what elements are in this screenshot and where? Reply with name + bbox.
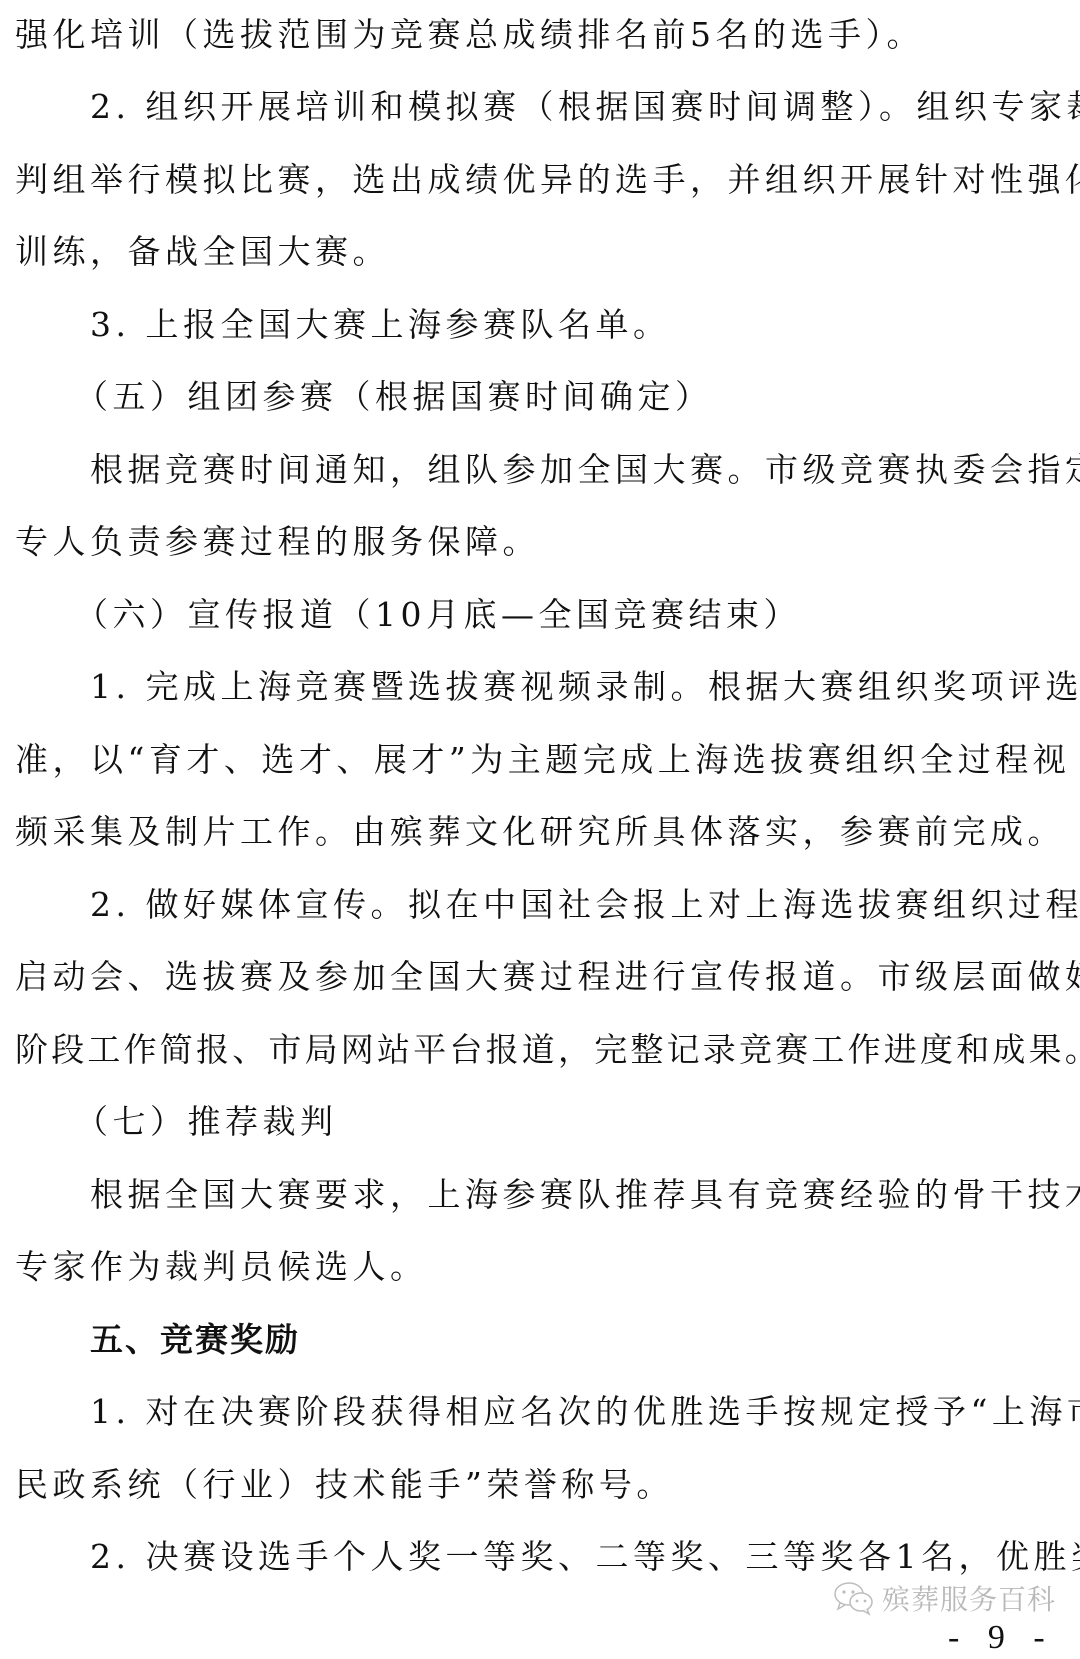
text-line: 1. 对在决赛阶段获得相应名次的优胜选手按规定授予“上海市 [90, 1390, 1080, 1434]
section-heading: 五、竞赛奖励 [90, 1318, 300, 1362]
text-line: 阶段工作简报、市局网站平台报道，完整记录竞赛工作进度和成果。 [15, 1028, 1080, 1072]
text-line: 训练，备战全国大赛。 [15, 230, 390, 274]
text-line: 根据竞赛时间通知，组队参加全国大赛。市级竞赛执委会指定 [90, 448, 1080, 492]
subheading: （五）组团参赛（根据国赛时间确定） [75, 375, 713, 419]
watermark-text: 殡葬服务百科 [882, 1578, 1056, 1618]
text-line: 2. 做好媒体宣传。拟在中国社会报上对上海选拔赛组织过程中 [90, 883, 1080, 927]
text-line: 专家作为裁判员候选人。 [15, 1245, 428, 1289]
text-line: 根据全国大赛要求，上海参赛队推荐具有竞赛经验的骨干技术 [90, 1173, 1080, 1217]
text-line: 强化培训（选拔范围为竞赛总成绩排名前5名的选手）。 [15, 13, 924, 57]
wechat-icon [832, 1580, 876, 1616]
subheading: （六）宣传报道（10月底—全国竞赛结束） [75, 593, 801, 637]
text-line: 民政系统（行业）技术能手”荣誉称号。 [15, 1463, 674, 1507]
text-line: 专人负责参赛过程的服务保障。 [15, 520, 540, 564]
watermark: 殡葬服务百科 [832, 1578, 1056, 1618]
page-number: - 9 - [948, 1618, 1055, 1658]
text-line: 频采集及制片工作。由殡葬文化研究所具体落实，参赛前完成。 [15, 810, 1065, 854]
text-line: 3. 上报全国大赛上海参赛队名单。 [90, 303, 670, 347]
text-line: 判组举行模拟比赛，选出成绩优异的选手，并组织开展针对性强化 [15, 158, 1080, 202]
subheading: （七）推荐裁判 [75, 1100, 338, 1144]
text-line: 1. 完成上海竞赛暨选拔赛视频录制。根据大赛组织奖项评选标 [90, 665, 1080, 709]
text-line: 2. 组织开展培训和模拟赛（根据国赛时间调整）。组织专家裁 [90, 85, 1080, 129]
text-line: 准，以“育才、选才、展才”为主题完成上海选拔赛组织全过程视 [15, 738, 1070, 782]
text-line: 启动会、选拔赛及参加全国大赛过程进行宣传报道。市级层面做好 [15, 955, 1080, 999]
text-line: 2. 决赛设选手个人奖一等奖、二等奖、三等奖各1名，优胜奖 [90, 1535, 1080, 1579]
